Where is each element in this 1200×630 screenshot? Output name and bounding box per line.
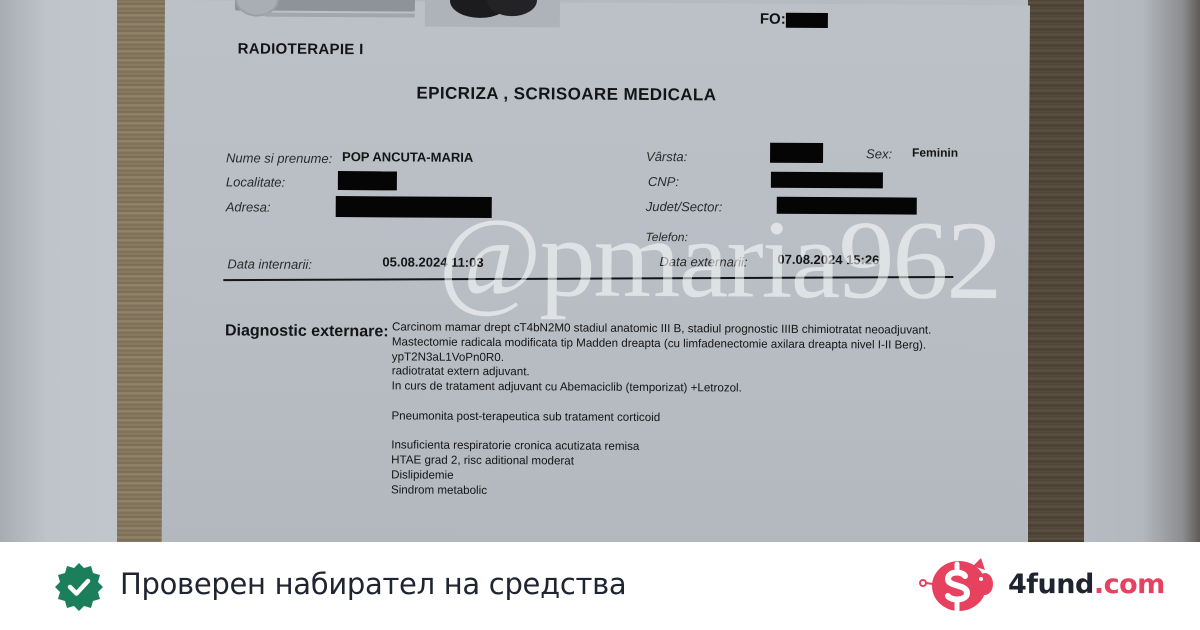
- locality-label: Localitate:: [226, 174, 285, 189]
- document-photo: FO: RADIOTERAPIE I EPICRIZA , SCRISOARE …: [0, 0, 1200, 542]
- verified-check-badge-icon: [54, 562, 104, 612]
- file-number: FO:: [760, 11, 828, 28]
- redacted-age: [770, 143, 823, 163]
- address-label: Adresa:: [226, 199, 271, 214]
- discharge-date: 07.08.2024 15:26: [777, 252, 879, 268]
- piggy-bank-dollar-icon[interactable]: [915, 556, 1005, 616]
- admission-label: Data internarii:: [227, 256, 312, 272]
- redacted-fo: [786, 12, 828, 27]
- background-blur-left: [0, 0, 117, 542]
- background-blur-right: [1084, 0, 1200, 542]
- medical-letter: FO: RADIOTERAPIE I EPICRIZA , SCRISOARE …: [162, 0, 1030, 542]
- divider-line: [223, 276, 953, 281]
- brand-name: 4fund: [1008, 569, 1094, 600]
- discharge-label: Data externarii:: [659, 254, 747, 270]
- wood-surface-right: [1028, 0, 1084, 542]
- footer-bar: Проверен набирател на средства 4fund.com: [0, 542, 1200, 630]
- patient-name: POP ANCUTA-MARIA: [342, 149, 473, 165]
- hospital-logo-caption: [265, 13, 415, 18]
- age-label: Vârsta:: [646, 149, 687, 164]
- sex-value: Feminin: [912, 146, 958, 160]
- brand-tld: .com: [1094, 569, 1165, 600]
- redacted-address: [336, 196, 492, 218]
- document-title: EPICRIZA , SCRISOARE MEDICALA: [416, 84, 716, 106]
- redacted-cnp: [771, 172, 883, 189]
- brand-wordmark[interactable]: 4fund.com: [1008, 569, 1165, 600]
- admission-date: 05.08.2024 11:03: [382, 254, 483, 270]
- sex-label: Sex:: [866, 146, 892, 161]
- name-label: Nume si prenume:: [226, 150, 332, 166]
- redacted-locality: [338, 171, 397, 190]
- diagnosis-label: Diagnostic externare:: [225, 322, 389, 341]
- fo-label: FO:: [760, 11, 786, 28]
- department-name: RADIOTERAPIE I: [238, 40, 364, 58]
- diagnosis-line: Sindrom metabolic: [391, 483, 930, 501]
- diagnosis-text: Carcinom mamar drept cT4bN2M0 stadiul an…: [391, 320, 931, 501]
- phone-label: Telefon:: [646, 230, 688, 244]
- county-label: Judet/Sector:: [646, 199, 723, 214]
- redacted-county: [777, 197, 917, 215]
- wood-surface-left: [117, 0, 167, 542]
- cnp-label: CNP:: [648, 174, 679, 189]
- verified-fundraiser-text: Проверен набирател на средства: [120, 567, 626, 601]
